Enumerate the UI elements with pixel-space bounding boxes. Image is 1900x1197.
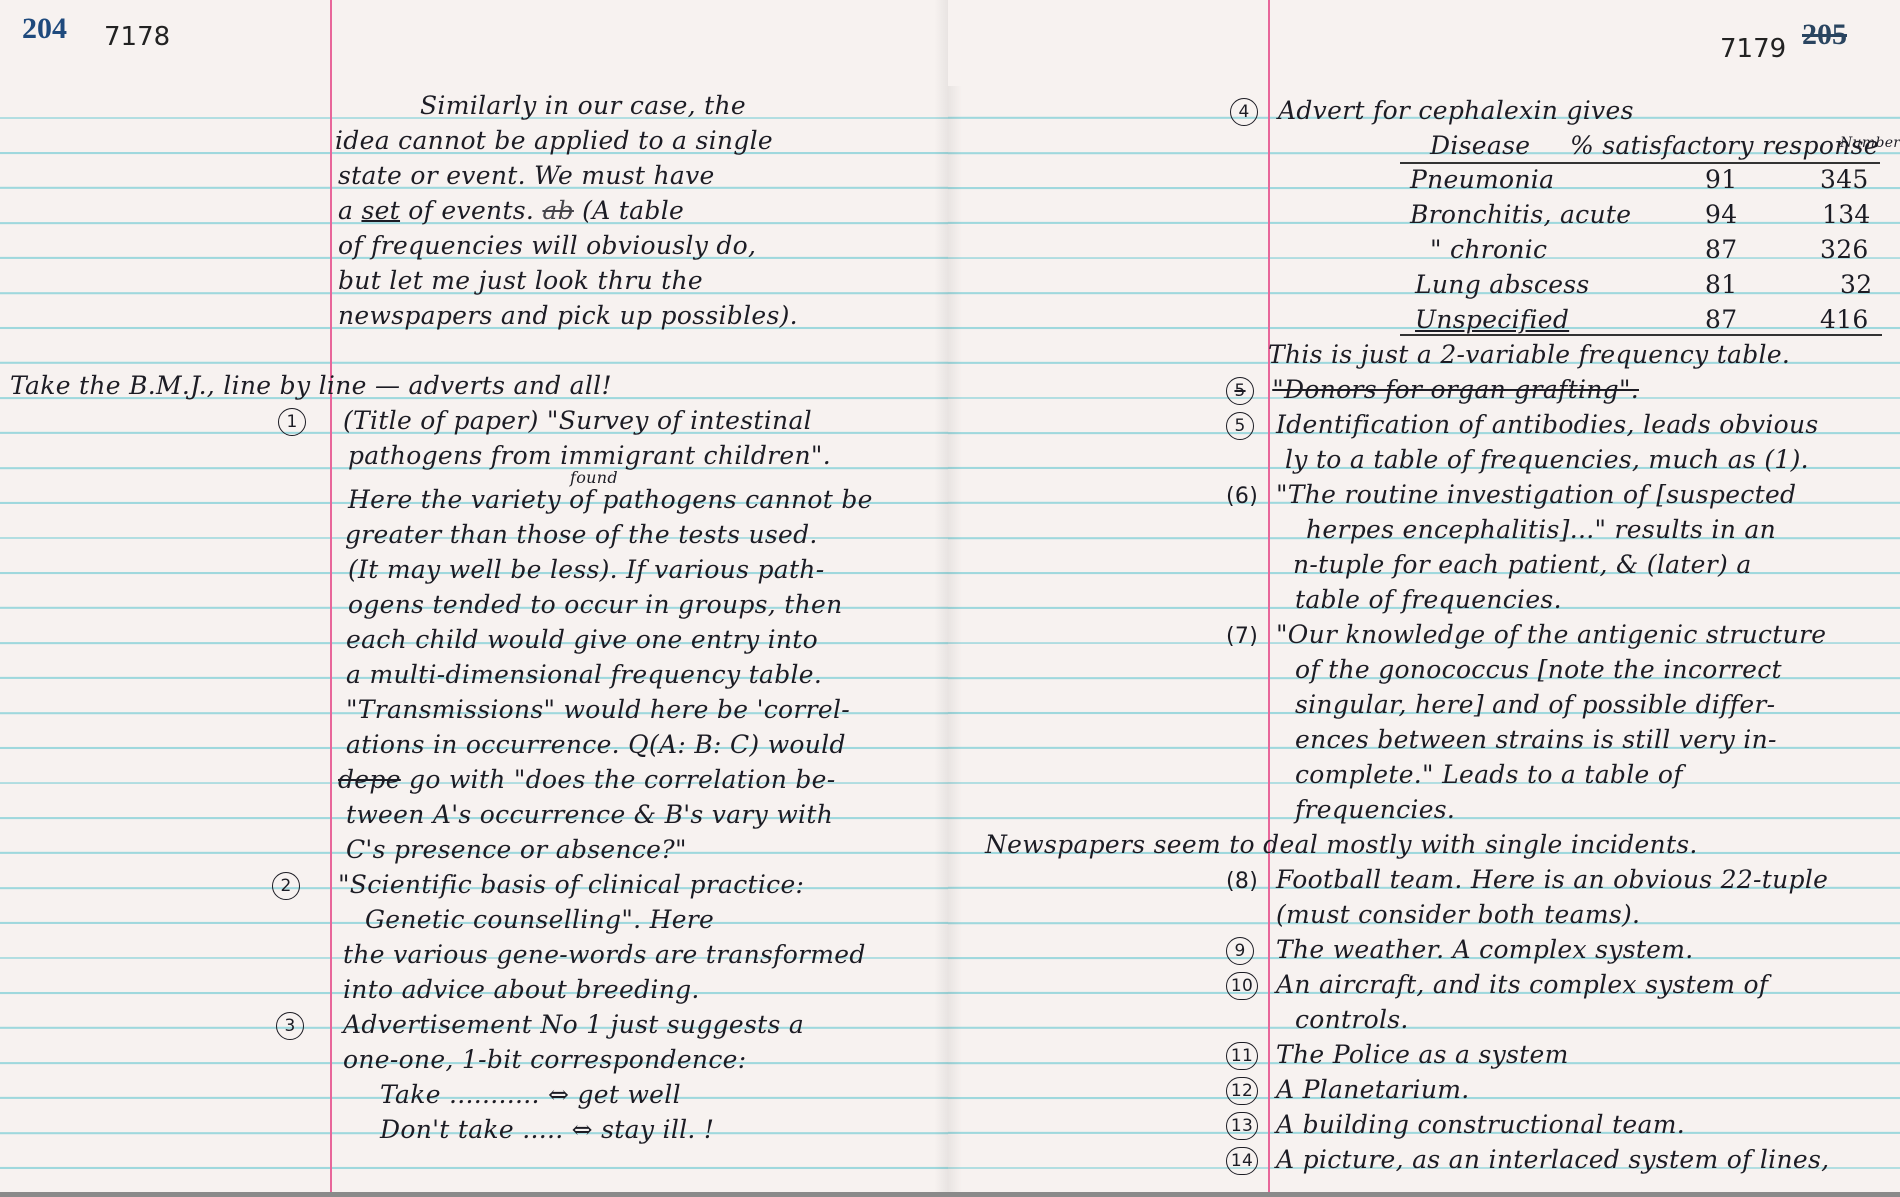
- newspapers-note: Newspapers seem to deal mostly with sing…: [985, 827, 1698, 862]
- item-7: (7): [1226, 617, 1266, 654]
- margin-rule-right: [1268, 0, 1270, 1193]
- item-number-3: 3: [276, 1012, 304, 1040]
- item-10-line-2: controls.: [1295, 1002, 1409, 1037]
- intro-line-7: newspapers and pick up possibles).: [338, 298, 798, 333]
- after-table-note: This is just a 2-variable frequency tabl…: [1268, 337, 1790, 372]
- item-14: 14: [1226, 1142, 1268, 1177]
- header-number: Number: [1840, 136, 1870, 150]
- item-11: 11: [1226, 1037, 1268, 1072]
- item-1-line-11: depe go with "does the correlation be-: [338, 762, 836, 797]
- item-1-line-1: (Title of paper) "Survey of intestinal: [343, 403, 812, 438]
- item-1-line-7: each child would give one entry into: [346, 622, 818, 657]
- header-disease: Disease: [1430, 128, 1530, 163]
- item-13: 13: [1226, 1107, 1268, 1142]
- item-8-line-2: (must consider both teams).: [1276, 897, 1640, 932]
- item-2-line-2: Genetic counselling". Here: [365, 902, 714, 937]
- item-11-line-1: The Police as a system: [1276, 1037, 1569, 1072]
- struck-item-5: 5 "Donors for organ grafting".: [1226, 372, 1639, 407]
- item-2-line-3: the various gene-words are transformed: [343, 937, 866, 972]
- item-number-4: 4: [1230, 98, 1258, 126]
- handwritten-page-number: 7178: [104, 22, 170, 52]
- item-1-line-3: Here the variety of pathogens cannot be: [348, 482, 873, 517]
- table-row: Lung abscess 81 32: [1400, 267, 1880, 302]
- intro-line-5: of frequencies will obviously do,: [338, 228, 756, 263]
- item-5: 5: [1226, 407, 1264, 442]
- item-number-10: 10: [1226, 972, 1258, 1000]
- item-5-line-2: ly to a table of frequencies, much as (1…: [1285, 442, 1809, 477]
- item-3: 3: [276, 1007, 314, 1042]
- item-4-line-1: Advert for cephalexin gives: [1278, 93, 1634, 128]
- item-number-8: (8): [1226, 869, 1258, 894]
- intro-line-3: state or event. We must have: [338, 158, 715, 193]
- table-row: Unspecified 87 416: [1400, 302, 1880, 337]
- item-12: 12: [1226, 1072, 1268, 1107]
- page-number-stamp: 204: [22, 12, 67, 46]
- item-7-line-6: frequencies.: [1295, 792, 1455, 827]
- item-1-line-5: (It may well be less). If various path-: [348, 552, 824, 587]
- item-3-line-1: Advertisement No 1 just suggests a: [343, 1007, 804, 1042]
- item-10: 10: [1226, 967, 1268, 1002]
- item-number-14: 14: [1226, 1147, 1258, 1175]
- item-6-line-3: n-tuple for each patient, & (later) a: [1293, 547, 1752, 582]
- table-bottom-rule: [1400, 334, 1882, 336]
- item-number-1: 1: [278, 408, 306, 436]
- item-1-line-6: ogens tended to occur in groups, then: [348, 587, 843, 622]
- item-number-7: (7): [1226, 624, 1258, 649]
- intro-line-2: idea cannot be applied to a single: [335, 123, 773, 158]
- item-9: 9: [1226, 932, 1264, 967]
- item-number-5: 5: [1226, 412, 1254, 440]
- item-3-line-3: Take ........... ⇔ get well: [380, 1077, 681, 1112]
- item-1-line-13: C's presence or absence?": [346, 832, 687, 867]
- item-1-line-8: a multi-dimensional frequency table.: [346, 657, 822, 692]
- item-number-6: (6): [1226, 484, 1258, 509]
- item-number-2: 2: [272, 872, 300, 900]
- table-row: Pneumonia 91 345: [1400, 162, 1880, 197]
- table-row: " chronic 87 326: [1400, 232, 1880, 267]
- table-row: Bronchitis, acute 94 134: [1400, 197, 1880, 232]
- header-pct: % satisfactory response: [1570, 128, 1879, 163]
- page-number-stamp-struck: 205: [1802, 18, 1847, 52]
- intro-line-6: but let me just look thru the: [338, 263, 703, 298]
- item-10-line-1: An aircraft, and its complex system of: [1276, 967, 1768, 1002]
- item-14-line-1: A picture, as an interlaced system of li…: [1276, 1142, 1829, 1177]
- item-2-line-4: into advice about breeding.: [343, 972, 700, 1007]
- item-1-line-4: greater than those of the tests used.: [345, 517, 818, 552]
- item-3-line-2: one-one, 1-bit correspondence:: [343, 1042, 746, 1077]
- item-1: 1: [278, 403, 316, 438]
- item-8-line-1: Football team. Here is an obvious 22-tup…: [1276, 862, 1828, 897]
- notebook-spread: 204 7178 Similarly in our case, the idea…: [0, 0, 1900, 1197]
- item-9-line-1: The weather. A complex system.: [1276, 932, 1694, 967]
- item-6-line-4: table of frequencies.: [1295, 582, 1562, 617]
- item-number-12: 12: [1226, 1077, 1258, 1105]
- margin-rule-left: [330, 0, 332, 1193]
- item-1-line-12: tween A's occurrence & B's vary with: [346, 797, 833, 832]
- item-4: 4: [1230, 93, 1268, 128]
- intro-line-4: a set of events. ab (A table: [338, 193, 684, 228]
- handwritten-page-number: 7179: [1720, 34, 1786, 64]
- item-6: (6): [1226, 477, 1266, 514]
- item-3-line-4: Don't take ..... ⇔ stay ill. !: [380, 1112, 714, 1147]
- item-13-line-1: A building constructional team.: [1276, 1107, 1685, 1142]
- item-1-line-9: "Transmissions" would here be 'correl-: [346, 692, 850, 727]
- table-header: Disease % satisfactory response Number: [1400, 128, 1880, 164]
- item-number-9: 9: [1226, 937, 1254, 965]
- item-5-line-1: Identification of antibodies, leads obvi…: [1276, 407, 1819, 442]
- intro-line-1: Similarly in our case, the: [420, 88, 746, 123]
- item-2: 2: [272, 867, 310, 902]
- item-7-line-4: ences between strains is still very in-: [1295, 722, 1777, 757]
- item-number-11: 11: [1226, 1042, 1258, 1070]
- item-7-line-3: singular, here] and of possible differ-: [1295, 687, 1775, 722]
- item-7-line-2: of the gonococcus [note the incorrect: [1295, 652, 1782, 687]
- item-1-line-10: ations in occurrence. Q(A: B: C) would: [346, 727, 846, 762]
- page-bottom-edge: [0, 1192, 1900, 1197]
- heading-bmj: Take the B.M.J., line by line — adverts …: [10, 368, 612, 403]
- left-page: 204 7178 Similarly in our case, the idea…: [0, 0, 948, 1193]
- item-8: (8): [1226, 862, 1266, 899]
- item-6-line-1: "The routine investigation of [suspected: [1276, 477, 1796, 512]
- item-12-line-1: A Planetarium.: [1276, 1072, 1469, 1107]
- item-number-13: 13: [1226, 1112, 1258, 1140]
- item-6-line-2: herpes encephalitis]..." results in an: [1306, 512, 1776, 547]
- item-2-line-1: "Scientific basis of clinical practice:: [338, 867, 804, 902]
- item-7-line-5: complete." Leads to a table of: [1295, 757, 1683, 792]
- item-7-line-1: "Our knowledge of the antigenic structur…: [1276, 617, 1826, 652]
